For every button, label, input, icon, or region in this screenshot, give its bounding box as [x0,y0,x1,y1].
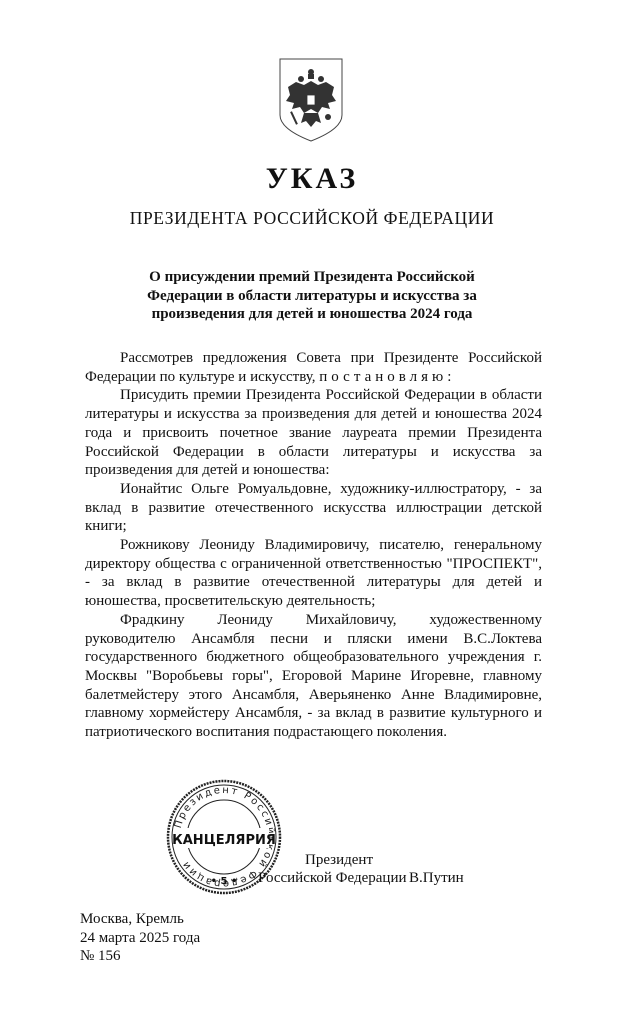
decree-subtitle: ПРЕЗИДЕНТА РОССИЙСКОЙ ФЕДЕРАЦИИ [0,208,624,229]
body-paragraph: Фрадкину Леониду Михайловичу, художестве… [85,611,542,742]
body-paragraph: Ионайтис Ольге Ромуальдовне, художнику-и… [85,480,542,536]
body-paragraph: Рожникову Леониду Владимировичу, писател… [85,536,542,611]
coat-of-arms-icon [274,55,348,143]
footer-place: Москва, Кремль [80,910,200,929]
decree-word: постановляю: [319,369,455,385]
decree-body: Рассмотрев предложения Совета при Презид… [85,349,542,742]
signature-title-line2: Российской Федерации [258,869,407,888]
svg-text:• 5 •: • 5 • [211,876,238,887]
decree-title: УКАЗ [0,162,624,196]
intro-text: Рассмотрев предложения Совета при Презид… [85,350,542,385]
signature-title-line1: Президент [305,851,373,870]
body-paragraph: Присудить премии Президента Российской Ф… [85,386,542,480]
decree-footer: Москва, Кремль 24 марта 2025 года № 156 [80,910,200,966]
footer-number: № 156 [80,947,200,966]
decree-heading: О присуждении премий Президента Российск… [120,268,504,324]
signature-name: В.Путин [409,869,464,888]
footer-date: 24 марта 2025 года [80,929,200,948]
stamp-center-text: КАНЦЕЛЯРИЯ [172,833,276,848]
intro-paragraph: Рассмотрев предложения Совета при Презид… [85,349,542,386]
